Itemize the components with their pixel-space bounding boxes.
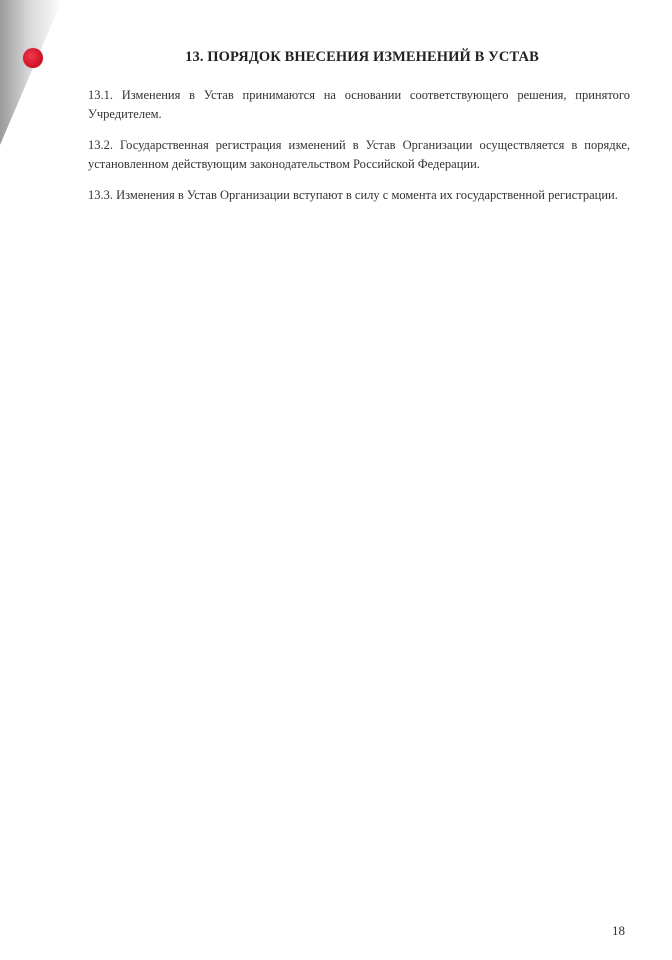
page-number: 18 bbox=[612, 923, 625, 939]
paragraph-13-3: 13.3. Изменения в Устав Организации всту… bbox=[88, 186, 630, 205]
paragraph-13-1: 13.1. Изменения в Устав принимаются на о… bbox=[88, 86, 630, 124]
section-heading: 13. ПОРЯДОК ВНЕСЕНИЯ ИЗМЕНЕНИЙ В УСТАВ bbox=[0, 49, 672, 66]
paragraph-13-2: 13.2. Государственная регистрация измене… bbox=[88, 136, 630, 174]
